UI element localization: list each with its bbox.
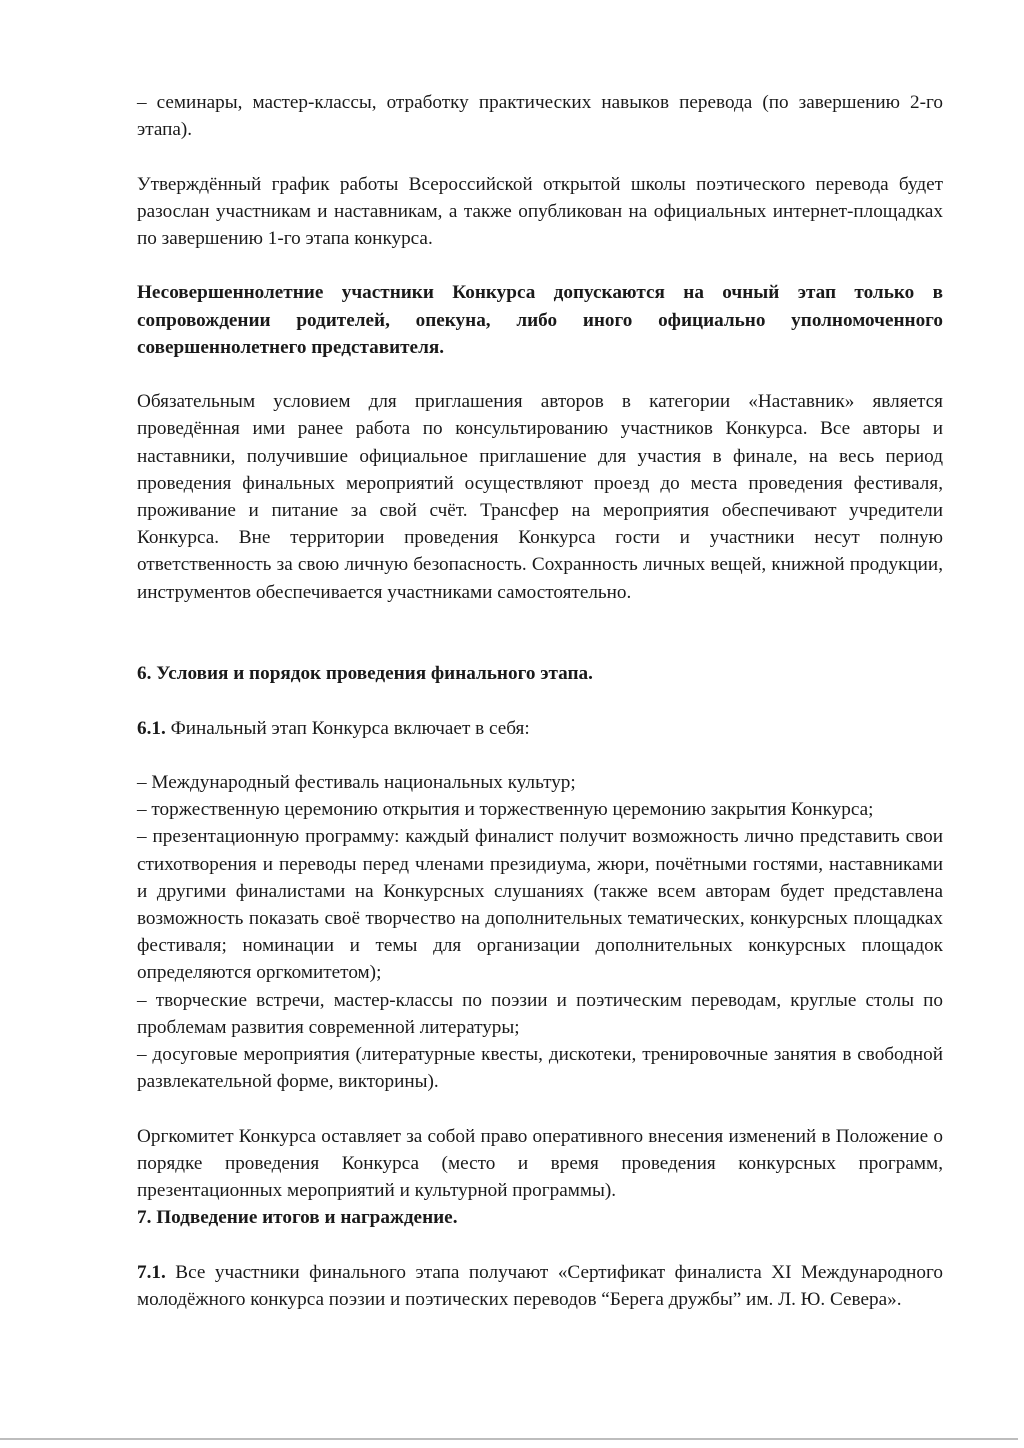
section-6-heading: 6. Условия и порядок проведения финально…: [137, 660, 943, 687]
list-item: – Международный фестиваль национальных к…: [137, 769, 943, 796]
list-item: – торжественную церемонию открытия и тор…: [137, 796, 943, 823]
intro-list-item: – семинары, мастер-классы, отработку пра…: [137, 89, 943, 143]
list-item: – досуговые мероприятия (литературные кв…: [137, 1041, 943, 1095]
clause-6-1-text: Финальный этап Конкурса включает в себя:: [166, 718, 530, 739]
section-7-heading: 7. Подведение итогов и награждение.: [137, 1204, 943, 1231]
schedule-paragraph: Утверждённый график работы Всероссийской…: [137, 171, 943, 253]
scan-edge-line: [0, 1438, 1018, 1440]
list-item: – презентационную программу: каждый фина…: [137, 823, 943, 986]
minors-paragraph: Несовершеннолетние участники Конкурса до…: [137, 279, 943, 361]
clause-7-1-text: Все участники финального этапа получают …: [137, 1262, 943, 1310]
clause-6-1-number: 6.1.: [137, 718, 166, 739]
list-item: – творческие встречи, мастер-классы по п…: [137, 987, 943, 1041]
clause-6-1: 6.1. Финальный этап Конкурса включает в …: [137, 715, 943, 742]
clause-7-1: 7.1. Все участники финального этапа полу…: [137, 1259, 943, 1313]
mentor-paragraph: Обязательным условием для приглашения ав…: [137, 388, 943, 606]
orgcom-paragraph: Оргкомитет Конкурса оставляет за собой п…: [137, 1123, 943, 1205]
clause-7-1-number: 7.1.: [137, 1262, 166, 1283]
document-page: – семинары, мастер-классы, отработку пра…: [137, 89, 943, 1313]
final-stage-list: – Международный фестиваль национальных к…: [137, 769, 943, 1095]
